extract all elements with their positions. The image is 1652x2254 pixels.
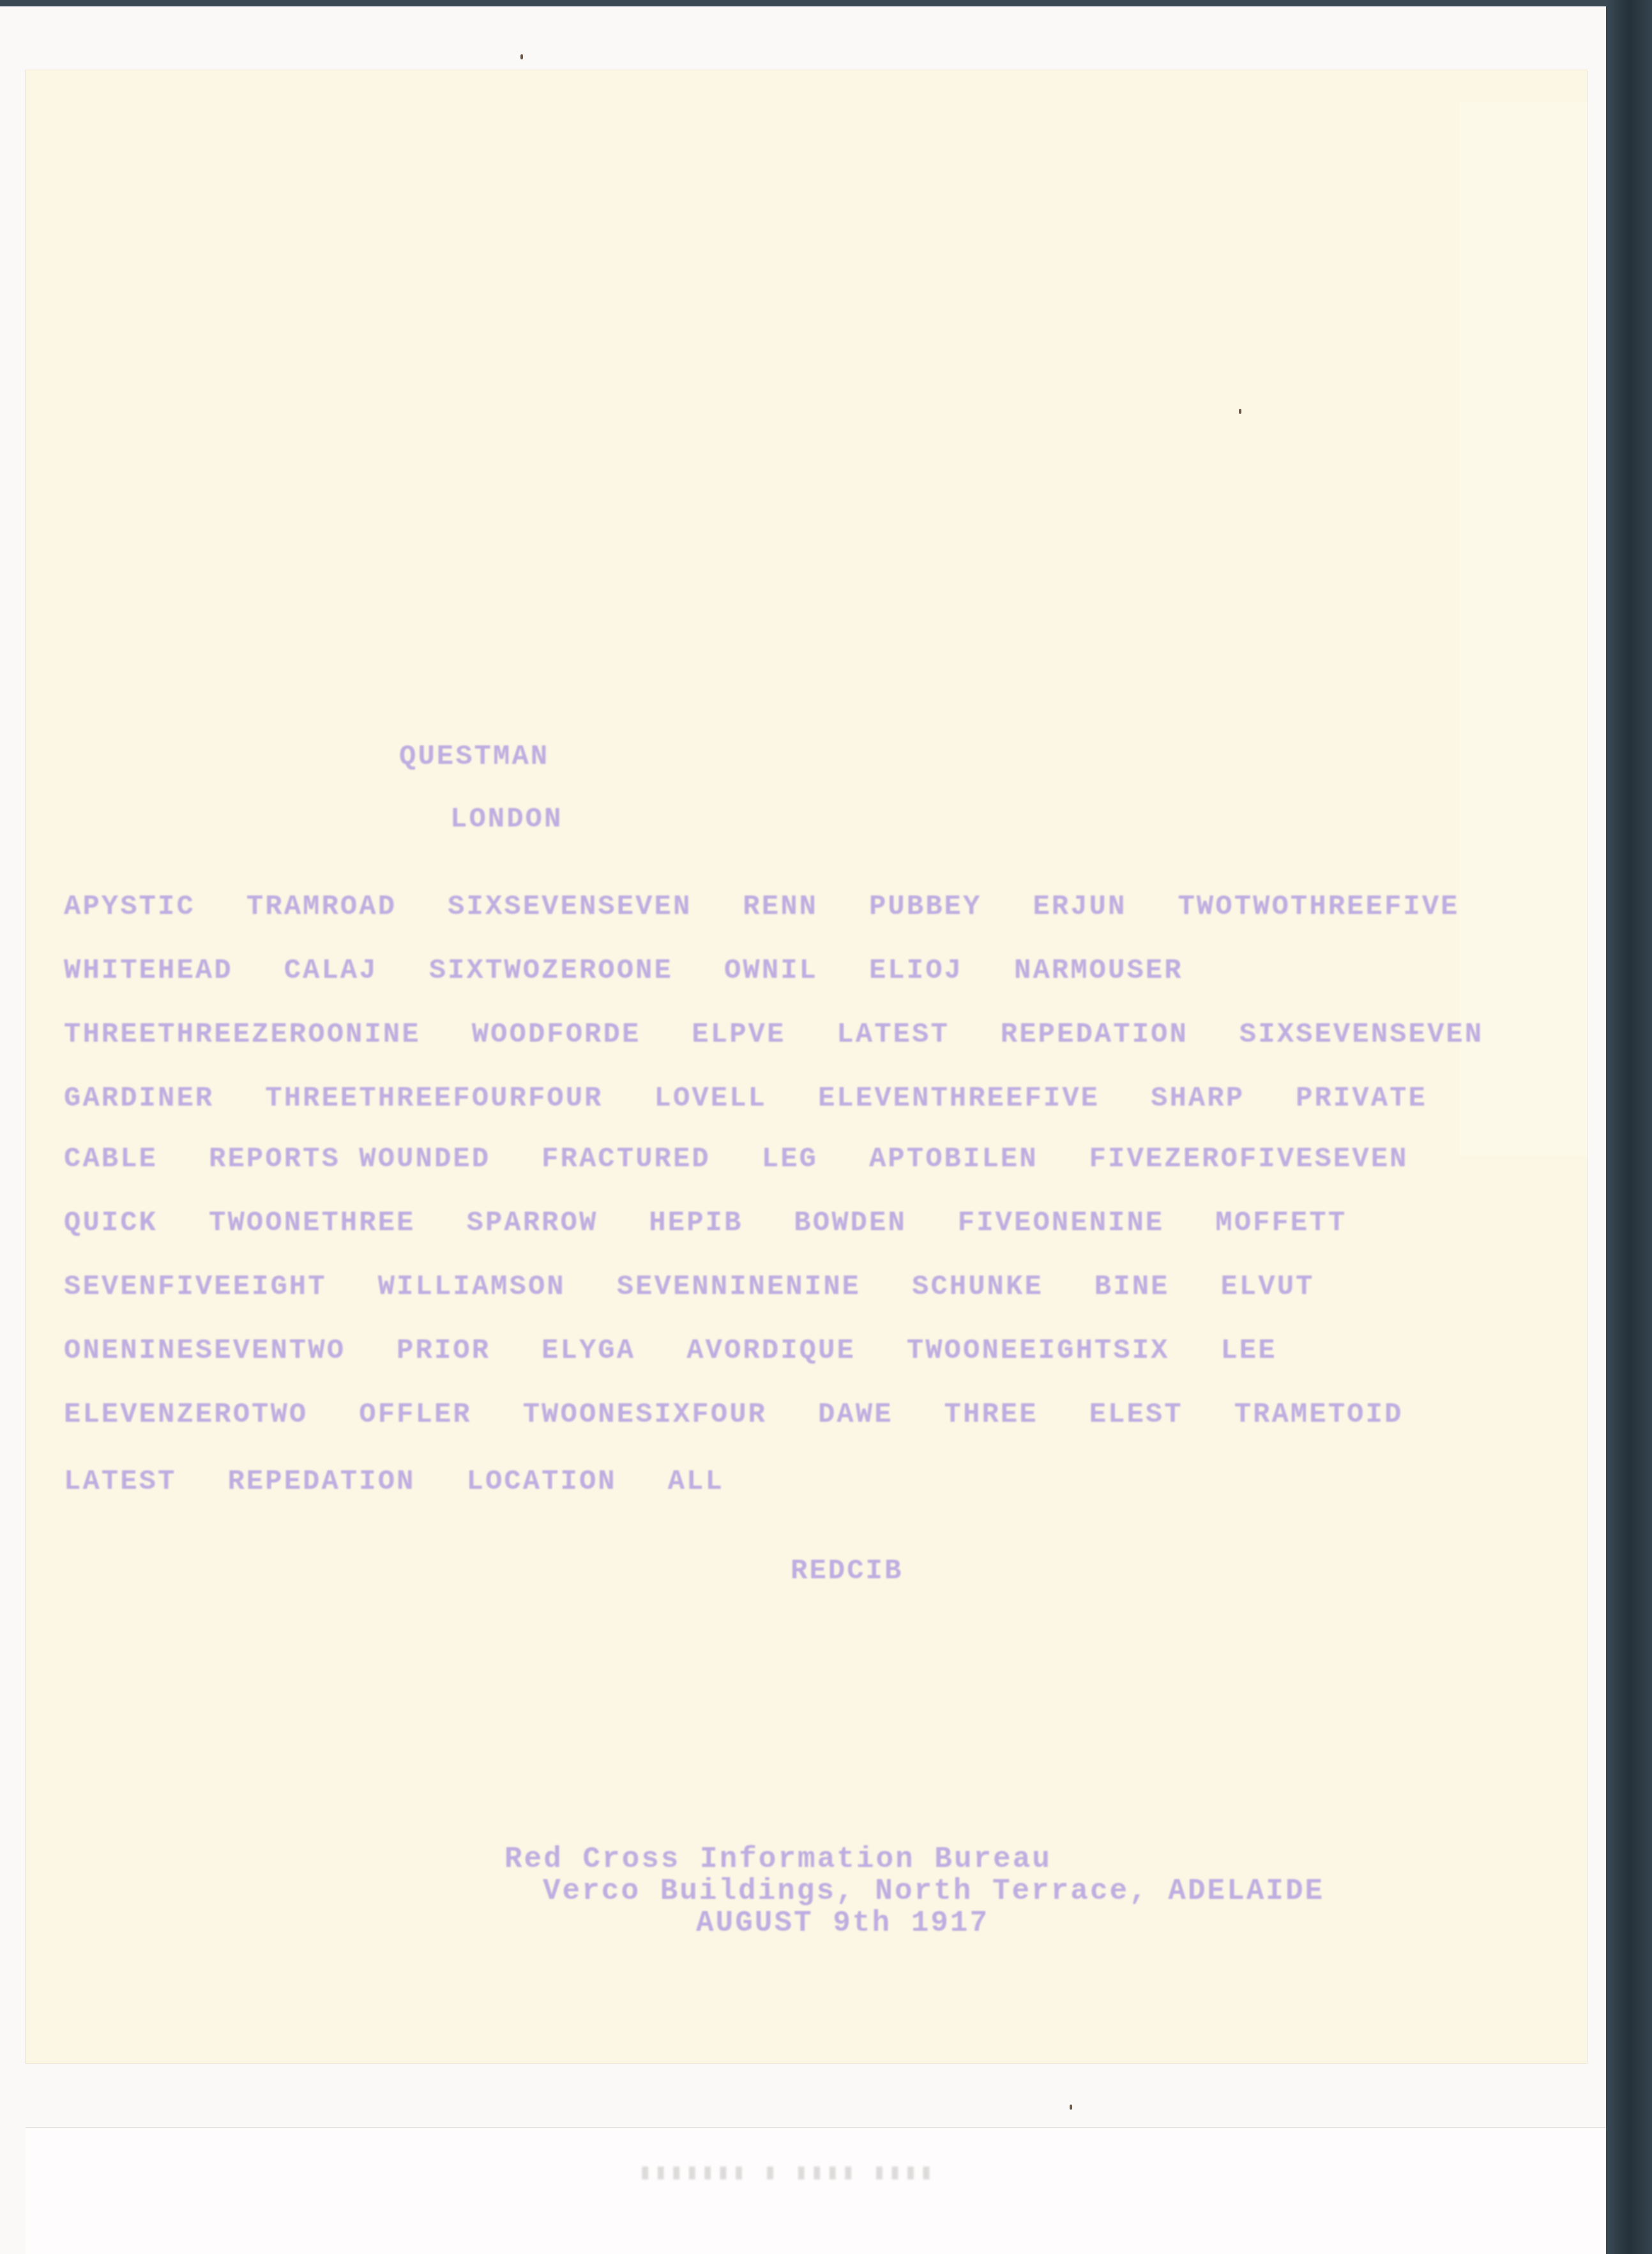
cable-word: LATEST: [837, 1019, 949, 1051]
cable-word: LEG: [762, 1143, 818, 1175]
cable-line: SEVENFIVEEIGHTWILLIAMSONSEVENNINENINESCH…: [64, 1271, 1365, 1303]
cable-word: TRAMETOID: [1234, 1399, 1404, 1431]
address-city: LONDON: [450, 803, 563, 835]
cable-word: FIVEONENINE: [958, 1207, 1164, 1239]
cable-word: SHARP: [1151, 1083, 1245, 1115]
cable-word: REPEDATION: [227, 1466, 415, 1498]
paper-speck: [1070, 2105, 1072, 2110]
underlying-sheet: [26, 2127, 1606, 2254]
cable-word: THREETHREEZEROONINE: [64, 1019, 421, 1051]
dark-backing-edge: [1606, 0, 1652, 2254]
cable-word: QUICK: [64, 1207, 158, 1239]
document-sheet: [26, 70, 1587, 2063]
sheet-overlap-edge: [1459, 102, 1587, 1156]
cable-word: OFFLER: [359, 1399, 471, 1431]
cable-word: REPEDATION: [1001, 1019, 1188, 1051]
cable-word: FRACTURED: [542, 1143, 711, 1175]
cable-word: APYSTIC: [64, 891, 195, 923]
cable-word: ELEST: [1089, 1399, 1183, 1431]
cable-word: SEVENNINENINE: [617, 1271, 861, 1303]
cable-word: OWNIL: [724, 955, 818, 987]
cable-word: DAWE: [818, 1399, 893, 1431]
cable-line: GARDINERTHREETHREEFOURFOURLOVELLELEVENTH…: [64, 1083, 1478, 1115]
cable-word: TRAMROAD: [246, 891, 397, 923]
cable-word: CALAJ: [284, 955, 378, 987]
cable-line: ELEVENZEROTWOOFFLERTWOONESIXFOURDAWETHRE…: [64, 1399, 1454, 1431]
cable-word: PUBBEY: [869, 891, 981, 923]
cable-word: ELEVENZEROTWO: [64, 1399, 308, 1431]
cable-word: ELVUT: [1220, 1271, 1314, 1303]
paper-speck: [520, 54, 523, 59]
address-name: QUESTMAN: [399, 741, 549, 773]
cable-line: WHITEHEADCALAJSIXTWOZEROONEOWNILELIOJNAR…: [64, 955, 1234, 987]
cable-line: APYSTICTRAMROADSIXSEVENSEVENRENNPUBBEYER…: [64, 891, 1511, 923]
cable-line: ONENINESEVENTWOPRIORELYGAAVORDIQUETWOONE…: [64, 1335, 1328, 1367]
cable-word: WOODFORDE: [472, 1019, 641, 1051]
signature-code: REDCIB: [791, 1555, 903, 1587]
cable-word: ELIOJ: [869, 955, 963, 987]
cable-line: THREETHREEZEROONINEWOODFORDEELPVELATESTR…: [64, 1019, 1535, 1051]
cable-word: HEPIB: [649, 1207, 743, 1239]
cable-word: SPARROW: [466, 1207, 598, 1239]
cable-line: CABLEREPORTS WOUNDEDFRACTUREDLEGAPTOBILE…: [64, 1143, 1459, 1175]
cable-word: LEE: [1220, 1335, 1277, 1367]
top-edge: [0, 0, 1652, 6]
cable-word: ELYGA: [542, 1335, 635, 1367]
footer-organization: Red Cross Information Bureau: [504, 1843, 1052, 1876]
cable-word: SIXTWOZEROONE: [429, 955, 673, 987]
cable-word: PRIVATE: [1296, 1083, 1427, 1115]
cable-word: AVORDIQUE: [686, 1335, 856, 1367]
cable-word: REPORTS WOUNDED: [209, 1143, 490, 1175]
cable-word: ELPVE: [692, 1019, 785, 1051]
cable-word: ERJUN: [1033, 891, 1126, 923]
footer-date: AUGUST 9th 1917: [696, 1907, 989, 1940]
cable-word: LATEST: [64, 1466, 176, 1498]
cable-word: PRIOR: [397, 1335, 490, 1367]
cable-word: FIVEZEROFIVESEVEN: [1089, 1143, 1409, 1175]
cable-word: SCHUNKE: [912, 1271, 1043, 1303]
cable-word: LOVELL: [655, 1083, 767, 1115]
cable-word: CABLE: [64, 1143, 158, 1175]
cable-word: NARMOUSER: [1014, 955, 1183, 987]
cable-word: LOCATION: [466, 1466, 616, 1498]
cable-word: BOWDEN: [794, 1207, 906, 1239]
cable-word: SEVENFIVEEIGHT: [64, 1271, 327, 1303]
cable-word: APTOBILEN: [869, 1143, 1038, 1175]
cable-word: RENN: [743, 891, 818, 923]
cable-word: WHITEHEAD: [64, 955, 233, 987]
cable-word: ELEVENTHREEFIVE: [818, 1083, 1100, 1115]
cable-word: SIXSEVENSEVEN: [1239, 1019, 1483, 1051]
cable-word: BINE: [1095, 1271, 1170, 1303]
cable-word: TWOONESIXFOUR: [523, 1399, 767, 1431]
bleed-through-text: ▮▮▮▮▮▮▮ ▮ ▮▮▮▮ ▮▮▮▮: [639, 2159, 1086, 2178]
cable-word: THREE: [944, 1399, 1038, 1431]
cable-line: LATESTREPEDATIONLOCATIONALL: [64, 1466, 775, 1498]
cable-word: GARDINER: [64, 1083, 214, 1115]
paper-speck: [1239, 409, 1241, 414]
footer-address: Verco Buildings, North Terrace, ADELAIDE: [543, 1875, 1324, 1908]
cable-word: TWOONEEIGHTSIX: [907, 1335, 1170, 1367]
cable-word: WILLIAMSON: [378, 1271, 566, 1303]
cable-word: ALL: [668, 1466, 724, 1498]
cable-word: TWOONETHREE: [209, 1207, 415, 1239]
cable-word: TWOTWOTHREEFIVE: [1178, 891, 1459, 923]
cable-word: SIXSEVENSEVEN: [448, 891, 692, 923]
cable-word: THREETHREEFOURFOUR: [265, 1083, 603, 1115]
cable-line: QUICKTWOONETHREESPARROWHEPIBBOWDENFIVEON…: [64, 1207, 1398, 1239]
cable-word: ONENINESEVENTWO: [64, 1335, 345, 1367]
cable-word: MOFFETT: [1215, 1207, 1347, 1239]
